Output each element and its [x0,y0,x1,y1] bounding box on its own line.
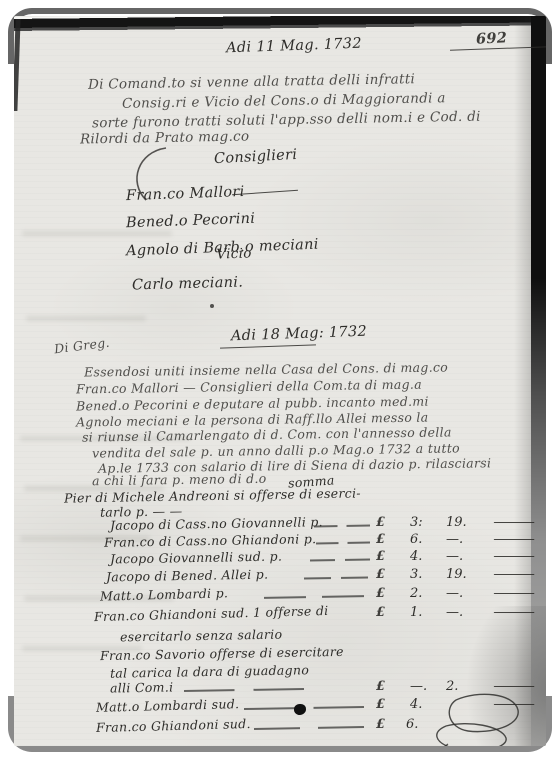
amount-soldi: —. [446,532,463,547]
ledger-name: Fran.co Ghiandoni sud. 1 offerse di [94,603,329,624]
lire-symbol: £ [376,586,385,601]
amount-soldi: —. [446,549,463,564]
lire-symbol: £ [376,515,385,530]
bleed-through [22,231,172,236]
lire-symbol: £ [376,567,385,582]
scribble-annotation [426,684,541,746]
councillor-name: Fran.co Mallori [126,184,245,204]
amount-soldi: —. [446,605,463,620]
vicar-name: Carlo meciani. [132,275,244,294]
councillor-name: Bened.o Pecorini [126,211,256,232]
amount-soldi: 19. [446,567,467,582]
amount-lire: 6. [406,717,418,732]
amount-lire: 4. [410,697,422,712]
amount-lire: 4. [410,549,422,564]
ledger-name: Jacopo Giovannelli sud. p. [110,548,282,566]
margin-note: Di Greg. [53,335,110,357]
lire-symbol: £ [376,549,385,564]
page-edge-shadow-left [14,19,21,111]
amount-soldi: —. [446,586,463,601]
dash-leader [254,726,364,730]
amount-lire: 1. [410,605,422,620]
ledger-name: Matt.o Lombardi p. [100,585,229,603]
ledger-name: Matt.o Lombardi sud. [96,696,240,715]
ledger-name: Jacopo di Cass.no Giovannelli p. [110,514,323,533]
manuscript-page: 692 Adi 11 Mag. 1732 Di Comand.to si ven… [14,16,546,746]
lire-symbol: £ [376,697,385,712]
entry2-date-header: Adi 18 Mag: 1732 [194,322,404,345]
amount-lire: 3: [410,515,423,530]
ink-blot [294,704,306,715]
amount-denari: — [492,586,505,601]
dash-leader [316,542,370,545]
bleed-through [26,316,146,321]
entry1-date-header: Adi 11 Mag. 1732 [184,34,404,58]
ledger-note-line: esercitarlo senza salario [120,627,283,645]
ledger-name: Fran.co Ghiandoni sud. [96,716,251,735]
amount-lire: —. [410,679,427,694]
amount-lire: 2. [410,586,422,601]
ledger-name: alli Com.i [110,679,174,695]
ledger-note-line: tal carica la dara di guadagno [110,662,309,680]
ledger-name: Jacopo di Bened. Allei p. [106,567,269,585]
amount-lire: 6. [410,532,422,547]
ledger-note-line: Fran.co Savorio offerse di esercitare [100,644,344,663]
ink-speck [210,304,214,308]
entry1-paragraph-line: sorte furono tratti soluti l'app.sso del… [92,109,481,132]
entry1-heading: Consiglieri [214,147,298,167]
entry1-subheading: Vicio [192,245,277,264]
lire-symbol: £ [376,679,385,694]
lire-symbol: £ [376,532,385,547]
amount-soldi: 19. [446,515,467,530]
entry2-paragraph-line: a chi li fara p. meno di d.o [92,471,267,488]
amount-denari: — [492,605,505,620]
lire-symbol: £ [376,717,385,732]
date-underline [220,344,316,348]
dash-leader [264,595,364,599]
entry1-paragraph-line: Di Comand.to si venne alla tratta delli … [88,71,415,93]
amount-denari: — [492,549,505,564]
amount-denari: — [492,532,505,547]
amount-denari: — [492,515,505,530]
entry1-paragraph-line: Consig.ri e Vicio del Cons.o di Maggiora… [122,90,446,112]
amount-denari: — [492,567,505,582]
dash-leader [314,525,370,528]
amount-lire: 3. [410,567,422,582]
dash-leader [184,688,304,692]
ledger-name: Fran.co di Cass.no Ghiandoni p. [104,531,317,550]
folio-number: 692 [476,29,508,48]
dash-leader [304,576,368,579]
lire-symbol: £ [376,605,385,620]
dash-leader [310,558,370,561]
page-edge-shadow-top [14,16,546,33]
manuscript-scan-viewer: 692 Adi 11 Mag. 1732 Di Comand.to si ven… [0,0,560,760]
